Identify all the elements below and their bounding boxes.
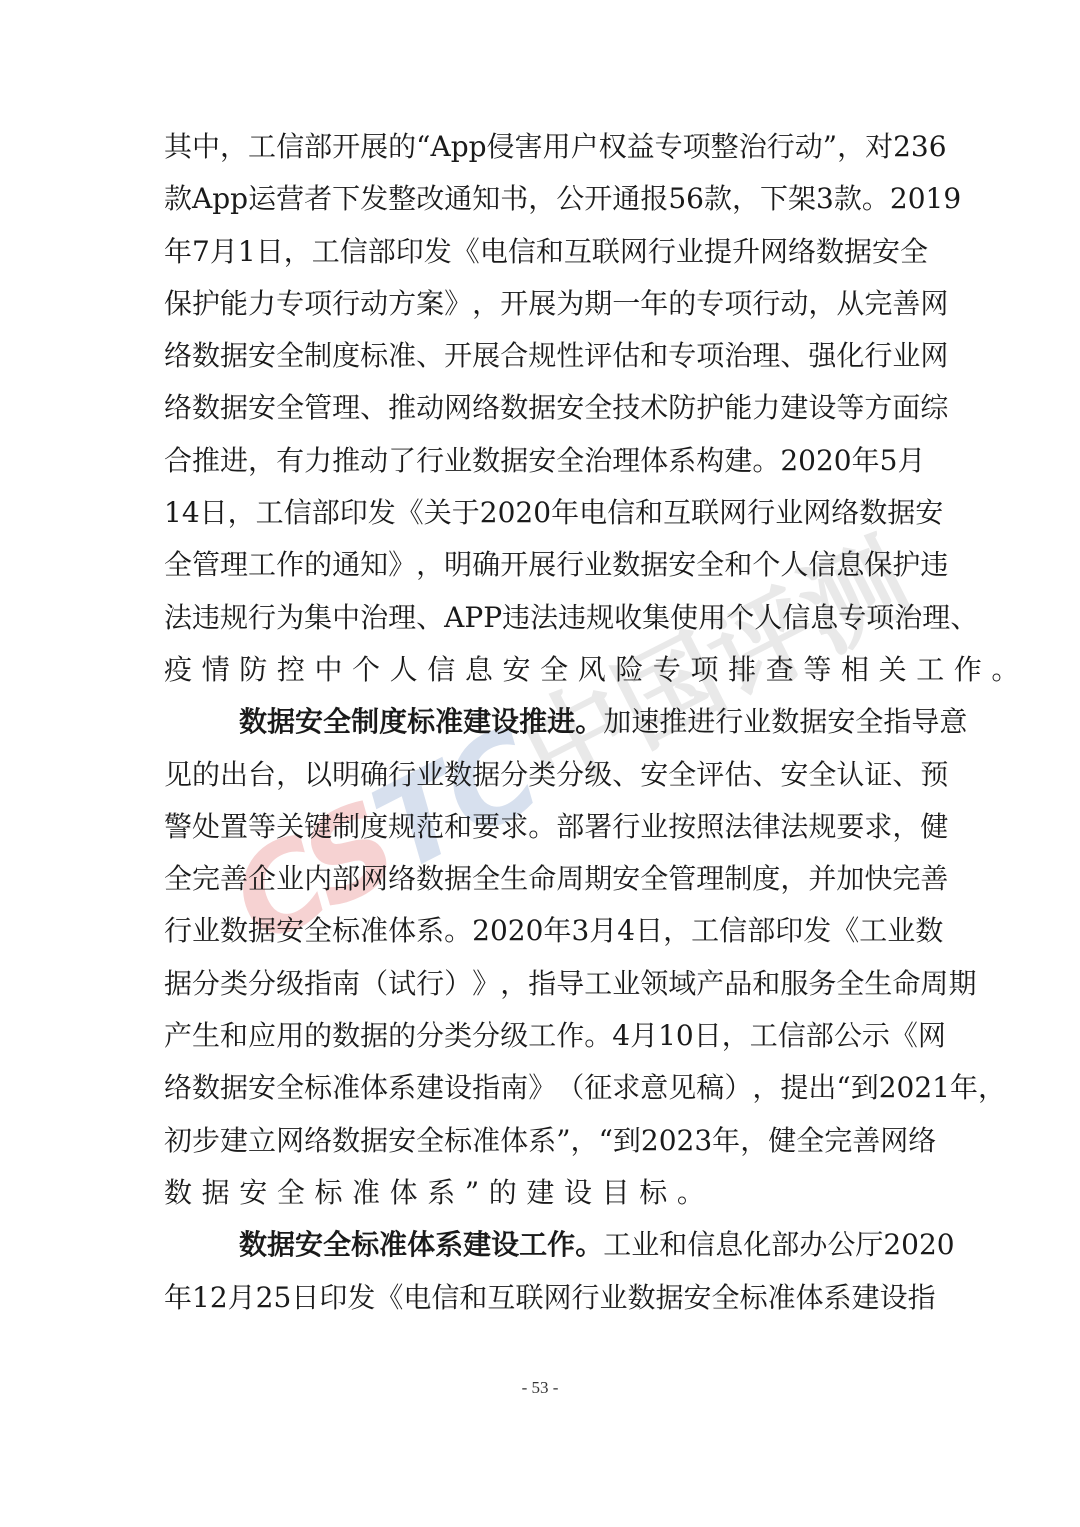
text-line: 初步建立网络数据安全标准体系”，“到2023年，健全完善网络	[164, 1121, 916, 1173]
paragraph-3: 数据安全标准体系建设工作。工业和信息化部办公厅2020 年12月25日印发《电信…	[164, 1225, 916, 1330]
text-line: 法违规行为集中治理、APP违法违规收集使用个人信息专项治理、	[164, 598, 916, 650]
text-line: 年12月25日印发《电信和互联网行业数据安全标准体系建设指	[164, 1278, 916, 1330]
text-line: 数据安全标准体系”的建设目标。	[164, 1173, 916, 1225]
text-line: 全完善企业内部网络数据全生命周期安全管理制度，并加快完善	[164, 859, 916, 911]
page-number: - 53 -	[0, 1378, 1080, 1398]
text-line: 全管理工作的通知》，明确开展行业数据安全和个人信息保护违	[164, 545, 916, 597]
text-line: 疫情防控中个人信息安全风险专项排查等相关工作。	[164, 650, 916, 702]
text-line-with-heading: 数据安全制度标准建设推进。加速推进行业数据安全指导意	[164, 702, 916, 754]
paragraph-2: 数据安全制度标准建设推进。加速推进行业数据安全指导意 见的出台，以明确行业数据分…	[164, 702, 916, 1225]
text-line: 见的出台，以明确行业数据分类分级、安全评估、安全认证、预	[164, 755, 916, 807]
text-line: 保护能力专项行动方案》，开展为期一年的专项行动，从完善网	[164, 284, 916, 336]
text-line: 合推进，有力推动了行业数据安全治理体系构建。2020年5月	[164, 441, 916, 493]
text-line: 产生和应用的数据的分类分级工作。4月10日，工信部公示《网	[164, 1016, 916, 1068]
text-line: 警处置等关键制度规范和要求。部署行业按照法律法规要求，健	[164, 807, 916, 859]
text-line-with-heading: 数据安全标准体系建设工作。工业和信息化部办公厅2020	[164, 1225, 916, 1277]
text-line: 14日，工信部印发《关于2020年电信和互联网行业网络数据安	[164, 493, 916, 545]
paragraph-1: 其中，工信部开展的“App侵害用户权益专项整治行动”，对236 款App运营者下…	[164, 127, 916, 702]
text-line: 络数据安全制度标准、开展合规性评估和专项治理、强化行业网	[164, 336, 916, 388]
text-line: 款App运营者下发整改通知书，公开通报56款，下架3款。2019	[164, 179, 916, 231]
text-line: 其中，工信部开展的“App侵害用户权益专项整治行动”，对236	[164, 127, 916, 179]
text-line: 络数据安全标准体系建设指南》（征求意见稿），提出“到2021年，	[164, 1068, 916, 1120]
body-text: 其中，工信部开展的“App侵害用户权益专项整治行动”，对236 款App运营者下…	[164, 127, 916, 1330]
text-line: 据分类分级指南（试行）》，指导工业领域产品和服务全生命周期	[164, 964, 916, 1016]
text-line: 络数据安全管理、推动网络数据安全技术防护能力建设等方面综	[164, 388, 916, 440]
document-page: CSTC中国评测 其中，工信部开展的“App侵害用户权益专项整治行动”，对236…	[0, 0, 1080, 1527]
text-line: 行业数据安全标准体系。2020年3月4日，工信部印发《工业数	[164, 911, 916, 963]
text-line: 年7月1日，工信部印发《电信和互联网行业提升网络数据安全	[164, 232, 916, 284]
